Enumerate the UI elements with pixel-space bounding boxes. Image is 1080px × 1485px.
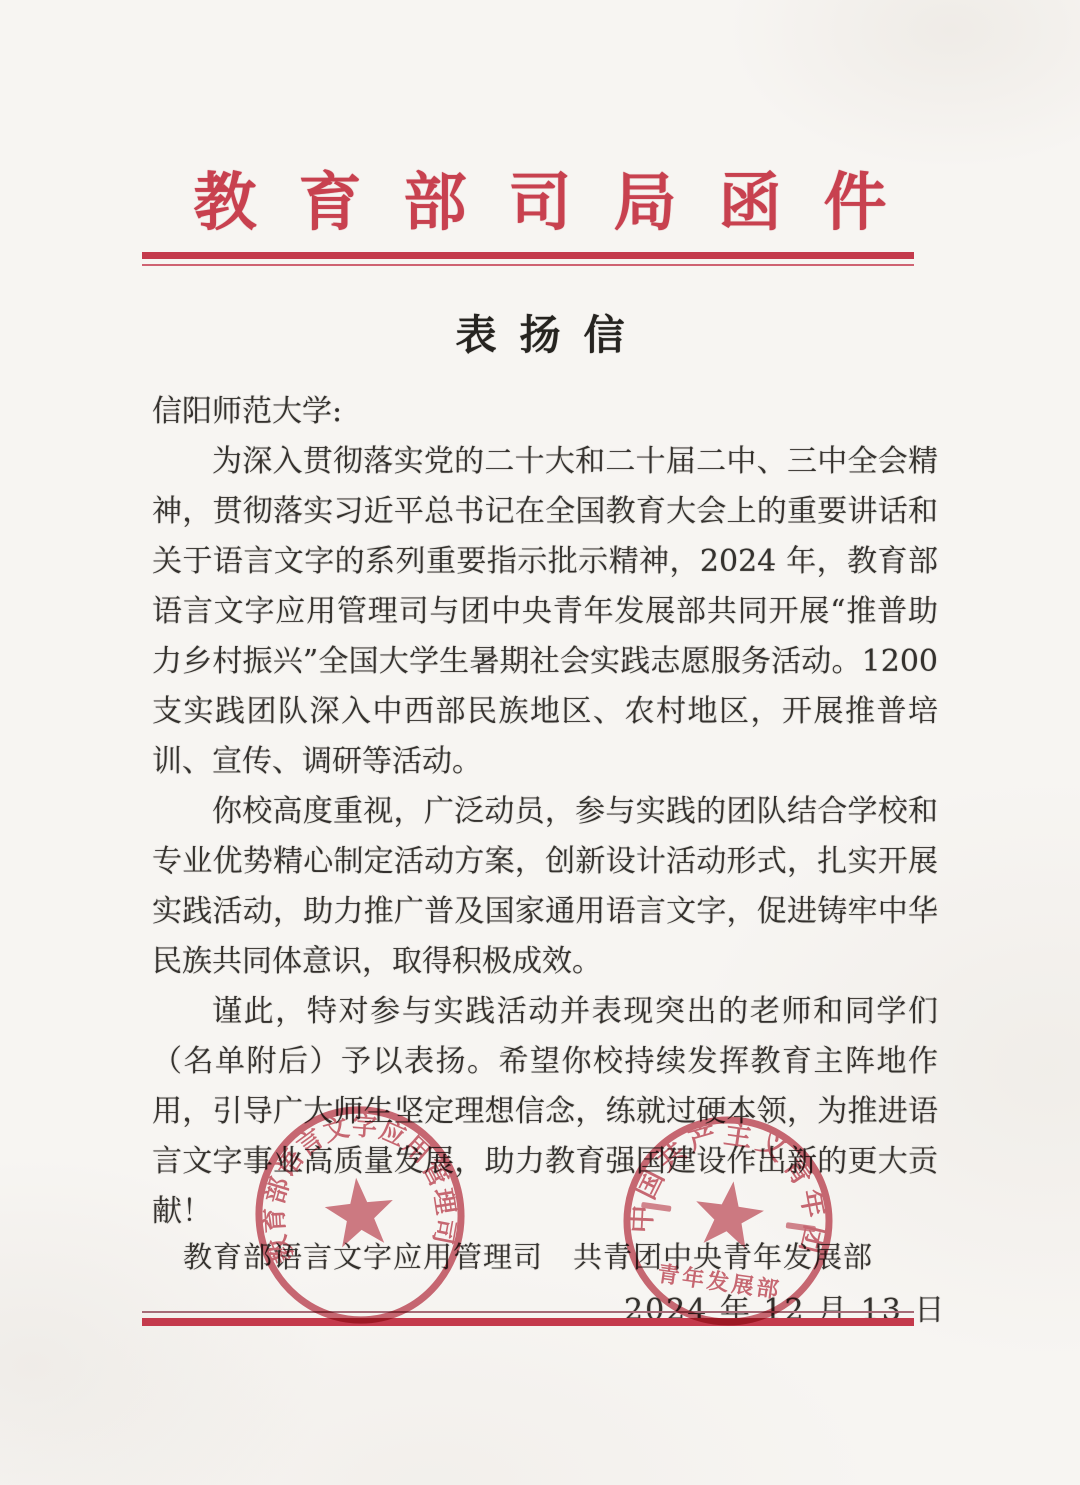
star-icon: [691, 1177, 768, 1251]
divider-thick-line: [142, 252, 914, 259]
commendation-letter-page: 教育部司局函件 表扬信 信阳师范大学: 为深入贯彻落实党的二十大和二十届二中、三…: [0, 0, 1080, 1485]
seal-inner-text: 青年发展部: [656, 1261, 783, 1304]
divider-thin-line: [142, 264, 914, 266]
official-seal-left: 教育部语言文字应用管理司: [236, 1087, 483, 1342]
paragraph-2: 你校高度重视，广泛动员，参与实践的团队结合学校和专业优势精心制定活动方案，创新设…: [152, 787, 938, 987]
salutation: 信阳师范大学:: [152, 387, 938, 437]
page-title: 表扬信: [0, 302, 1080, 361]
official-seal-right: 中国共产主义青年团 青年发展部: [601, 1093, 855, 1350]
paragraph-1: 为深入贯彻落实党的二十大和二十届二中、三中全会精神，贯彻落实习近平总书记在全国教…: [152, 437, 938, 787]
letterhead-title: 教育部司局函件: [0, 152, 1080, 243]
star-icon: [322, 1174, 397, 1248]
letterhead-divider: [142, 252, 914, 266]
